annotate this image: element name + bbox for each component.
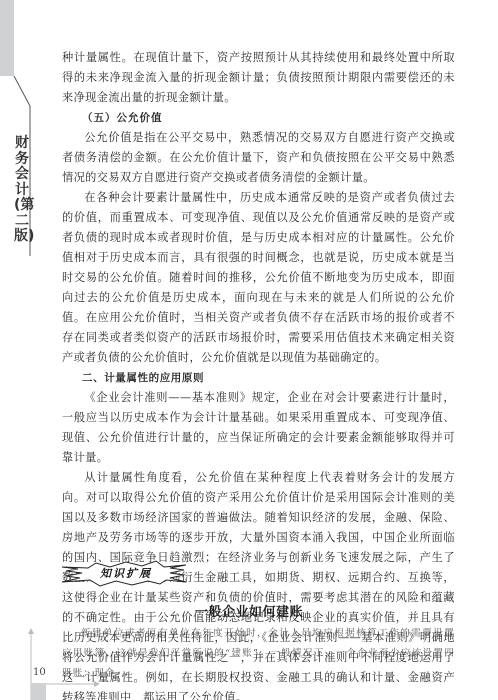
page-corner-axes [0,620,110,700]
subsection-heading-fair-value: （五）公允价值 [62,108,455,128]
page-number-block [31,683,46,700]
side-decoration-line [0,0,60,300]
page-number: 10 [33,667,46,678]
paragraph-fair-value-discussion: 在各种会计要素计量属性中，历史成本通常反映的是资产或者负债过去的价值，而重置成本… [62,188,455,368]
section-heading-principles: 二、计量属性的应用原则 [62,368,455,388]
paragraph-continued: 种计量属性。在现值计量下，资产按照预计从其持续使用和最终处置中所取得的未来净现金… [62,48,455,108]
book-title-vertical: 财务会计(第二版) [14,136,30,245]
extension-paragraph: 新建单位或者原有单位在年度开始时，会计人员均应根据核算工作的需要设置应用账簿，这… [62,624,455,684]
knowledge-extension-banner: 知识扩展 [60,557,188,591]
extension-title: 一般企业如何建账 [0,601,498,620]
banner-label: 知识扩展 [96,565,156,581]
paragraph-principle-1: 《企业会计准则——基本准则》规定，企业在对会计要素进行计量时，一般应当以历史成本… [62,388,455,468]
extension-body: 新建单位或者原有单位在年度开始时，会计人员均应根据核算工作的需要设置应用账簿，这… [62,624,455,684]
paragraph-fair-value-definition: 公允价值是指在公平交易中，熟悉情况的交易双方自愿进行资产交换或者债务清偿的金额。… [62,128,455,188]
